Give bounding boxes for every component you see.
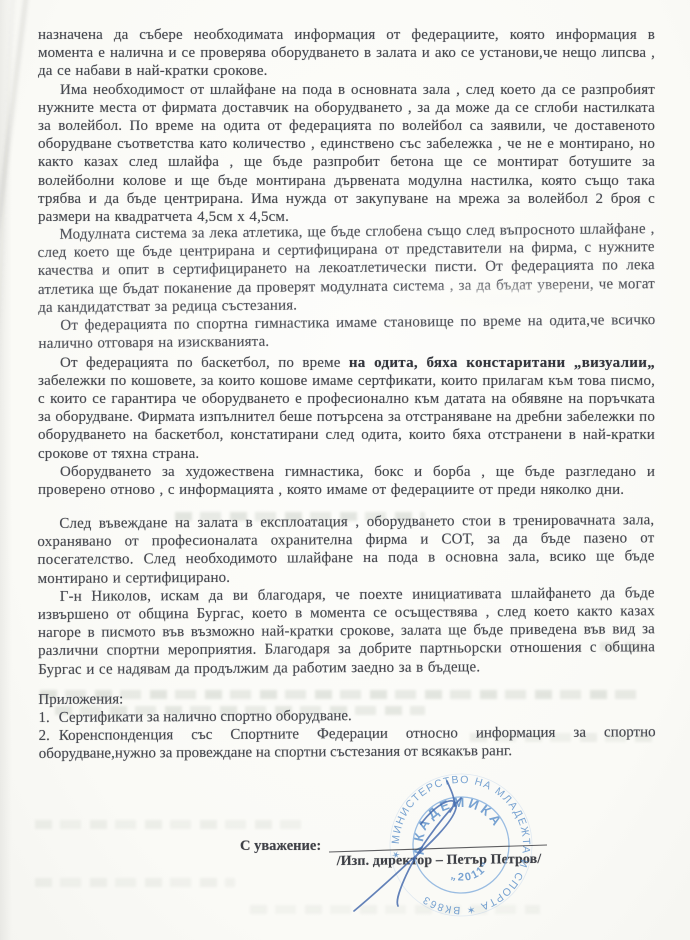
closing-salutation: С уважение:: [240, 838, 321, 855]
letter-body: назначена да събере необходимата информа…: [38, 26, 655, 764]
stamp-ring: [399, 783, 522, 906]
paragraph-equipment-review: Оборудването за художествена гимнастика,…: [38, 463, 655, 499]
bleed-through-artifact: [35, 878, 235, 887]
paragraph-basketball-bold: на одита, бяха констаритани „визуалии„: [349, 355, 655, 371]
paragraph-thanks: Г-н Николов, искам да ви благодаря, че п…: [38, 584, 656, 679]
paragraph-grinding: Има необходимост от шлайфане на пода в о…: [38, 81, 655, 227]
attachment-text: Сертификати за налично спортно оборудван…: [59, 708, 352, 726]
signature-strokes: [354, 781, 461, 911]
bleed-through-artifact: [35, 820, 305, 829]
attachment-text: Коренспонденция със Спортните Федерации …: [39, 725, 656, 763]
paragraph-intro: назначена да събере необходимата информа…: [38, 26, 655, 81]
bleed-through-artifact: [250, 905, 540, 914]
scanned-letter-page: назначена да събере необходимата информа…: [0, 0, 690, 940]
paragraph-basketball: От федерацията по баскетбол, по време на…: [38, 354, 655, 463]
signature-underline: [329, 845, 547, 852]
skewed-scan-block: След въвеждане на залата в експлоатация …: [37, 512, 656, 764]
paragraph-basketball-post: забележки по кошовете, за които кошове и…: [38, 373, 655, 462]
scan-fade-artifact: [500, 292, 670, 316]
stamp-inner-top-text: АКАДЕМИКА: [397, 781, 507, 860]
signer-name: /Изп. директор – Петър Петров/: [328, 852, 550, 870]
attachment-number: 2.: [39, 728, 50, 744]
paragraph-commissioning: След въвеждане на залата в експлоатация …: [37, 512, 654, 589]
attachment-number: 1.: [38, 710, 49, 726]
paragraph-basketball-pre: От федерацията по баскетбол, по време: [60, 355, 349, 371]
attachment-item-2: 2.Коренспонденция със Спортните Федераци…: [39, 724, 656, 764]
